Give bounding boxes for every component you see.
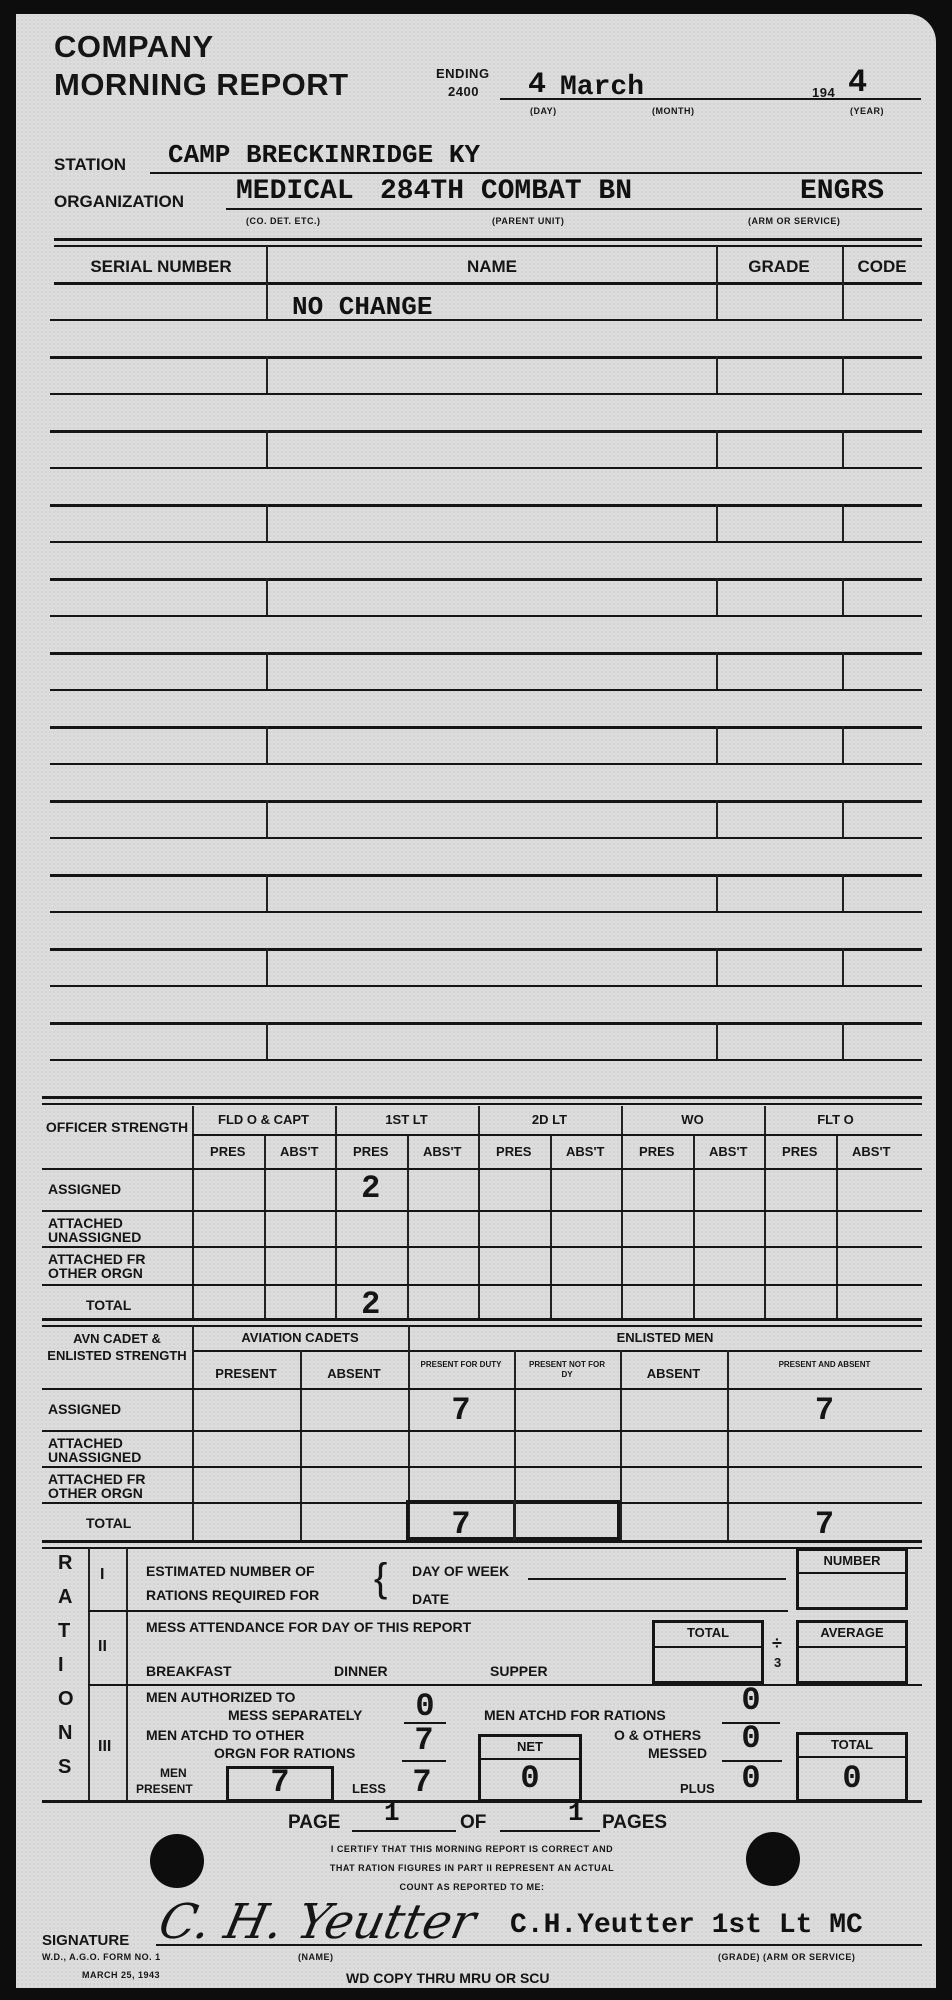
enlisted-row-line xyxy=(42,1430,922,1432)
roster-header-line xyxy=(54,282,922,285)
officer-subheader: PRES xyxy=(335,1144,407,1159)
roster-column-divider xyxy=(266,578,268,615)
total-present-box-divider xyxy=(513,1500,516,1540)
roster-column-divider xyxy=(716,246,718,282)
roster-column-divider xyxy=(266,282,268,319)
grade-caption: (GRADE) (ARM OR SERVICE) xyxy=(718,1952,855,1962)
enlisted-count: 7 xyxy=(408,1392,514,1429)
roster-row-line xyxy=(50,837,922,839)
plus-value: 0 xyxy=(722,1760,780,1797)
roster-row-line xyxy=(50,393,922,395)
officer-group-divider xyxy=(621,1106,623,1318)
officer-strength-title: OFFICER STRENGTH xyxy=(42,1118,192,1136)
roster-top-line-2 xyxy=(54,245,922,247)
rations-part-line xyxy=(88,1684,922,1686)
officer-sub-divider xyxy=(407,1134,409,1318)
officer-subheader: PRES xyxy=(478,1144,550,1159)
enlisted-row-line xyxy=(42,1466,922,1468)
roster-column-divider xyxy=(266,1022,268,1059)
officer-bottom-line xyxy=(42,1318,922,1321)
part1-text-line2: RATIONS REQUIRED FOR xyxy=(146,1588,319,1602)
roster-column-divider xyxy=(716,578,718,615)
roster-column-divider xyxy=(842,356,844,393)
day-of-week-label: DAY OF WEEK xyxy=(412,1564,509,1578)
arm-caption: (ARM OR SERVICE) xyxy=(748,216,840,226)
enlisted-subheader: ABSENT xyxy=(620,1366,727,1381)
officer-subheader: ABS'T xyxy=(836,1144,908,1159)
roster-row-line xyxy=(50,1096,922,1099)
enlisted-bottom-line-2 xyxy=(42,1547,922,1549)
roster-column-divider xyxy=(716,1022,718,1059)
officer-subheader: ABS'T xyxy=(407,1144,479,1159)
enlisted-row-label: ASSIGNED xyxy=(48,1402,188,1416)
header-serial-number: SERIAL NUMBER xyxy=(56,257,266,277)
certify-line2: THAT RATION FIGURES IN PART II REPRESENT… xyxy=(272,1863,672,1873)
enlisted-subheader: PRESENT AND ABSENT xyxy=(727,1360,922,1370)
officer-group-divider xyxy=(192,1106,194,1318)
binder-hole-right xyxy=(746,1832,800,1886)
roster-column-divider xyxy=(716,800,718,837)
roster-column-divider xyxy=(842,874,844,911)
roster-column-divider xyxy=(842,948,844,985)
others-line1: O & OTHERS xyxy=(614,1728,701,1742)
atchd-other-value: 7 xyxy=(402,1722,446,1759)
roster-row-line xyxy=(50,1059,922,1061)
station-value: CAMP BRECKINRIDGE KY xyxy=(168,140,480,170)
roster-column-divider xyxy=(842,652,844,689)
plus-label: PLUS xyxy=(680,1782,715,1796)
binder-hole-left xyxy=(150,1834,204,1888)
roster-row-line xyxy=(50,541,922,543)
date-label: DATE xyxy=(412,1592,449,1606)
number-box-line xyxy=(796,1572,908,1574)
roster-column-divider xyxy=(716,874,718,911)
pages-underline xyxy=(500,1830,600,1832)
header-grade: GRADE xyxy=(716,257,842,277)
roster-column-divider xyxy=(266,246,268,282)
officer-group-header: 1ST LT xyxy=(335,1112,478,1127)
divisor: 3 xyxy=(774,1656,781,1670)
supper-label: SUPPER xyxy=(490,1664,548,1678)
officer-group-header: FLD O & CAPT xyxy=(192,1112,335,1127)
roster-column-divider xyxy=(842,504,844,541)
rations-total-line xyxy=(796,1756,908,1758)
station-underline xyxy=(150,172,922,174)
station-label: STATION xyxy=(54,155,126,175)
of-label: OF xyxy=(460,1812,486,1834)
roster-row-line xyxy=(50,615,922,617)
day-of-week-field[interactable] xyxy=(528,1578,786,1580)
roster-column-divider xyxy=(266,430,268,467)
month-caption: (MONTH) xyxy=(652,106,695,116)
officer-subheader: ABS'T xyxy=(550,1144,622,1159)
officer-subheader: PRES xyxy=(621,1144,693,1159)
officer-row-line xyxy=(42,1284,922,1286)
divide-symbol: ÷ xyxy=(772,1636,782,1650)
roster-column-divider xyxy=(266,356,268,393)
officer-sub-divider xyxy=(264,1134,266,1318)
signature-underline xyxy=(156,1944,922,1946)
rations-side-letter: N xyxy=(58,1722,72,1745)
roster-row-line xyxy=(50,800,922,803)
roster-row-line xyxy=(50,911,922,913)
name-caption: (NAME) xyxy=(298,1952,334,1962)
roster-column-divider xyxy=(716,504,718,541)
mess-total-line xyxy=(652,1646,764,1648)
atchd-rations-label: MEN ATCHD FOR RATIONS xyxy=(484,1708,666,1722)
officer-row-line xyxy=(42,1210,922,1212)
certify-line3: COUNT AS REPORTED TO ME: xyxy=(272,1882,672,1892)
roster-row-line xyxy=(50,504,922,507)
rations-side-letter: R xyxy=(58,1552,72,1575)
officer-row-label: TOTAL xyxy=(48,1298,188,1312)
roster-column-divider xyxy=(716,652,718,689)
less-label: LESS xyxy=(352,1782,386,1796)
enlisted-row-label: ATTACHED FR OTHER ORGN xyxy=(48,1472,188,1500)
form-number: W.D., A.G.O. FORM NO. 1 xyxy=(42,1952,161,1962)
net-label: NET xyxy=(478,1740,582,1754)
mess-separately-line2: MESS SEPARATELY xyxy=(228,1708,362,1722)
enlisted-row-label: ATTACHED UNASSIGNED xyxy=(48,1436,188,1464)
roster-column-divider xyxy=(842,578,844,615)
enlisted-count: 7 xyxy=(727,1506,922,1543)
roster-column-divider xyxy=(842,1022,844,1059)
officer-subheader: ABS'T xyxy=(693,1144,765,1159)
enlisted-subheader: PRESENT FOR DUTY xyxy=(408,1360,514,1370)
header-name: NAME xyxy=(268,257,716,277)
roster-column-divider xyxy=(842,430,844,467)
roster-row-line xyxy=(50,726,922,729)
handwritten-signature: C. H. Yeutter xyxy=(154,1894,481,1950)
roster-column-divider xyxy=(266,874,268,911)
part1-brace: { xyxy=(374,1558,387,1598)
pages-label: PAGES xyxy=(602,1812,667,1834)
part3-numeral: III xyxy=(98,1740,111,1754)
copy-note: WD COPY THRU MRU OR SCU xyxy=(346,1970,550,1986)
officer-group-header: WO xyxy=(621,1112,764,1127)
organization-parent-unit: 284TH COMBAT BN xyxy=(380,176,632,207)
officer-top-line-2 xyxy=(42,1103,922,1105)
officer-subheader: PRES xyxy=(192,1144,264,1159)
officer-row-line xyxy=(42,1168,922,1170)
header-code: CODE xyxy=(842,257,922,277)
rations-divider xyxy=(126,1548,128,1800)
net-value: 0 xyxy=(478,1760,582,1797)
officer-group-header: FLT O xyxy=(764,1112,907,1127)
unit-caption: (CO. DET. ETC.) xyxy=(246,216,321,226)
officer-group-divider xyxy=(478,1106,480,1318)
organization-underline xyxy=(226,208,922,210)
form-title-line1: COMPANY xyxy=(54,30,214,64)
organization-unit: MEDICAL xyxy=(236,176,354,207)
officer-subheader-line xyxy=(192,1134,922,1136)
atchd-rations-value: 0 xyxy=(722,1682,780,1719)
officer-bottom-line-2 xyxy=(42,1325,922,1327)
roster-row-line xyxy=(50,763,922,765)
atchd-other-line1: MEN ATCHD TO OTHER xyxy=(146,1728,304,1742)
year-prefix: 194 xyxy=(812,85,835,100)
others-line2: MESSED xyxy=(648,1746,707,1760)
enlisted-subheader: PRESENT xyxy=(192,1366,300,1381)
breakfast-label: BREAKFAST xyxy=(146,1664,232,1678)
roster-row-line xyxy=(50,356,922,359)
others-value: 0 xyxy=(722,1720,780,1757)
average-line xyxy=(796,1646,908,1648)
parent-caption: (PARENT UNIT) xyxy=(492,216,564,226)
less-value: 7 xyxy=(400,1764,444,1801)
officer-subheader: PRES xyxy=(764,1144,836,1159)
aviation-cadets-header: AVIATION CADETS xyxy=(192,1330,408,1345)
officer-row-line xyxy=(42,1246,922,1248)
roster-column-divider xyxy=(842,246,844,282)
roster-row-line xyxy=(50,652,922,655)
dinner-label: DINNER xyxy=(334,1664,388,1678)
enlisted-row-line xyxy=(42,1388,922,1390)
enlisted-men-header: ENLISTED MEN xyxy=(408,1330,922,1345)
day-caption: (DAY) xyxy=(530,106,557,116)
officer-row-label: ATTACHED FR OTHER ORGN xyxy=(48,1252,188,1280)
organization-arm: ENGRS xyxy=(800,176,884,207)
ending-label: ENDING xyxy=(436,66,490,81)
men-present-value: 7 xyxy=(226,1764,334,1801)
rations-divider xyxy=(88,1548,90,1800)
organization-label: ORGANIZATION xyxy=(54,192,184,212)
roster-row-line xyxy=(50,874,922,877)
enlisted-strength-title: AVN CADET & ENLISTED STRENGTH xyxy=(42,1330,192,1364)
roster-column-divider xyxy=(716,726,718,763)
roster-column-divider xyxy=(842,282,844,319)
officer-group-divider xyxy=(764,1106,766,1318)
form-title-line2: MORNING REPORT xyxy=(54,68,349,102)
enlisted-divider xyxy=(192,1325,194,1540)
signature-label: SIGNATURE xyxy=(42,1932,129,1949)
roster-row-line xyxy=(50,467,922,469)
atchd-other-underline xyxy=(402,1760,446,1762)
officer-row-label: ASSIGNED xyxy=(48,1182,188,1196)
rations-side-letter: I xyxy=(58,1654,64,1677)
officer-group-header: 2D LT xyxy=(478,1112,621,1127)
enlisted-count: 7 xyxy=(727,1392,922,1429)
roster-row-line xyxy=(50,430,922,433)
rations-total-value: 0 xyxy=(796,1760,908,1797)
officer-sub-divider xyxy=(836,1134,838,1318)
part2-text: MESS ATTENDANCE FOR DAY OF THIS REPORT xyxy=(146,1620,471,1634)
enlisted-subheader: PRESENT NOT FOR DY xyxy=(514,1360,620,1380)
part1-numeral: I xyxy=(100,1568,104,1582)
roster-column-divider xyxy=(716,356,718,393)
page-underline xyxy=(352,1830,456,1832)
roster-column-divider xyxy=(716,948,718,985)
roster-row-line xyxy=(50,319,922,321)
roster-column-divider xyxy=(266,504,268,541)
form-date: MARCH 25, 1943 xyxy=(82,1970,160,1980)
roster-row-line xyxy=(50,985,922,987)
roster-column-divider xyxy=(266,726,268,763)
average-label: AVERAGE xyxy=(796,1626,908,1640)
rations-side-letter: T xyxy=(58,1620,70,1643)
roster-column-divider xyxy=(716,430,718,467)
roster-column-divider xyxy=(266,652,268,689)
roster-column-divider xyxy=(842,800,844,837)
roster-row-line xyxy=(50,948,922,951)
mess-total-label: TOTAL xyxy=(652,1626,764,1640)
officer-subheader: ABS'T xyxy=(264,1144,336,1159)
rations-total-label: TOTAL xyxy=(796,1738,908,1752)
roster-row-line xyxy=(50,689,922,691)
page-label: PAGE xyxy=(288,1812,340,1834)
year-value: 4 xyxy=(848,64,867,101)
mess-separately-value: 0 xyxy=(404,1688,446,1725)
officer-sub-divider xyxy=(550,1134,552,1318)
day-value: 4 xyxy=(528,68,546,102)
men-present-line1: MEN xyxy=(160,1766,187,1780)
men-present-line2: PRESENT xyxy=(136,1782,193,1796)
roster-column-divider xyxy=(266,800,268,837)
roster-column-divider xyxy=(716,282,718,319)
officer-row-label: ATTACHED UNASSIGNED xyxy=(48,1216,188,1244)
pages-value: 1 xyxy=(568,1798,584,1828)
page-value: 1 xyxy=(384,1798,400,1828)
rations-side-letter: S xyxy=(58,1756,71,1779)
roster-column-divider xyxy=(266,948,268,985)
roster-row-line xyxy=(50,578,922,581)
ending-time: 2400 xyxy=(448,84,479,99)
officer-count: 2 xyxy=(335,1170,407,1207)
enlisted-bottom-line xyxy=(42,1540,922,1543)
year-caption: (YEAR) xyxy=(850,106,884,116)
enlisted-row-label: TOTAL xyxy=(48,1516,188,1530)
typed-name-grade: C.H.Yeutter 1st Lt MC xyxy=(510,1910,863,1941)
rations-part-line xyxy=(88,1610,788,1612)
roster-row-line xyxy=(50,1022,922,1025)
month-value: March xyxy=(560,72,644,103)
roster-entry-name: NO CHANGE xyxy=(292,292,432,322)
roster-column-divider xyxy=(842,726,844,763)
roster-top-line xyxy=(54,238,922,241)
officer-sub-divider xyxy=(693,1134,695,1318)
part1-text-line1: ESTIMATED NUMBER OF xyxy=(146,1564,315,1578)
atchd-other-line2: ORGN FOR RATIONS xyxy=(214,1746,355,1760)
mess-separately-line1: MEN AUTHORIZED TO xyxy=(146,1690,295,1704)
rations-side-letter: O xyxy=(58,1688,74,1711)
part2-numeral: II xyxy=(98,1640,107,1654)
certify-line1: I CERTIFY THAT THIS MORNING REPORT IS CO… xyxy=(272,1844,672,1854)
rations-side-letter: A xyxy=(58,1586,72,1609)
enlisted-subheader: ABSENT xyxy=(300,1366,408,1381)
number-label: NUMBER xyxy=(796,1554,908,1568)
